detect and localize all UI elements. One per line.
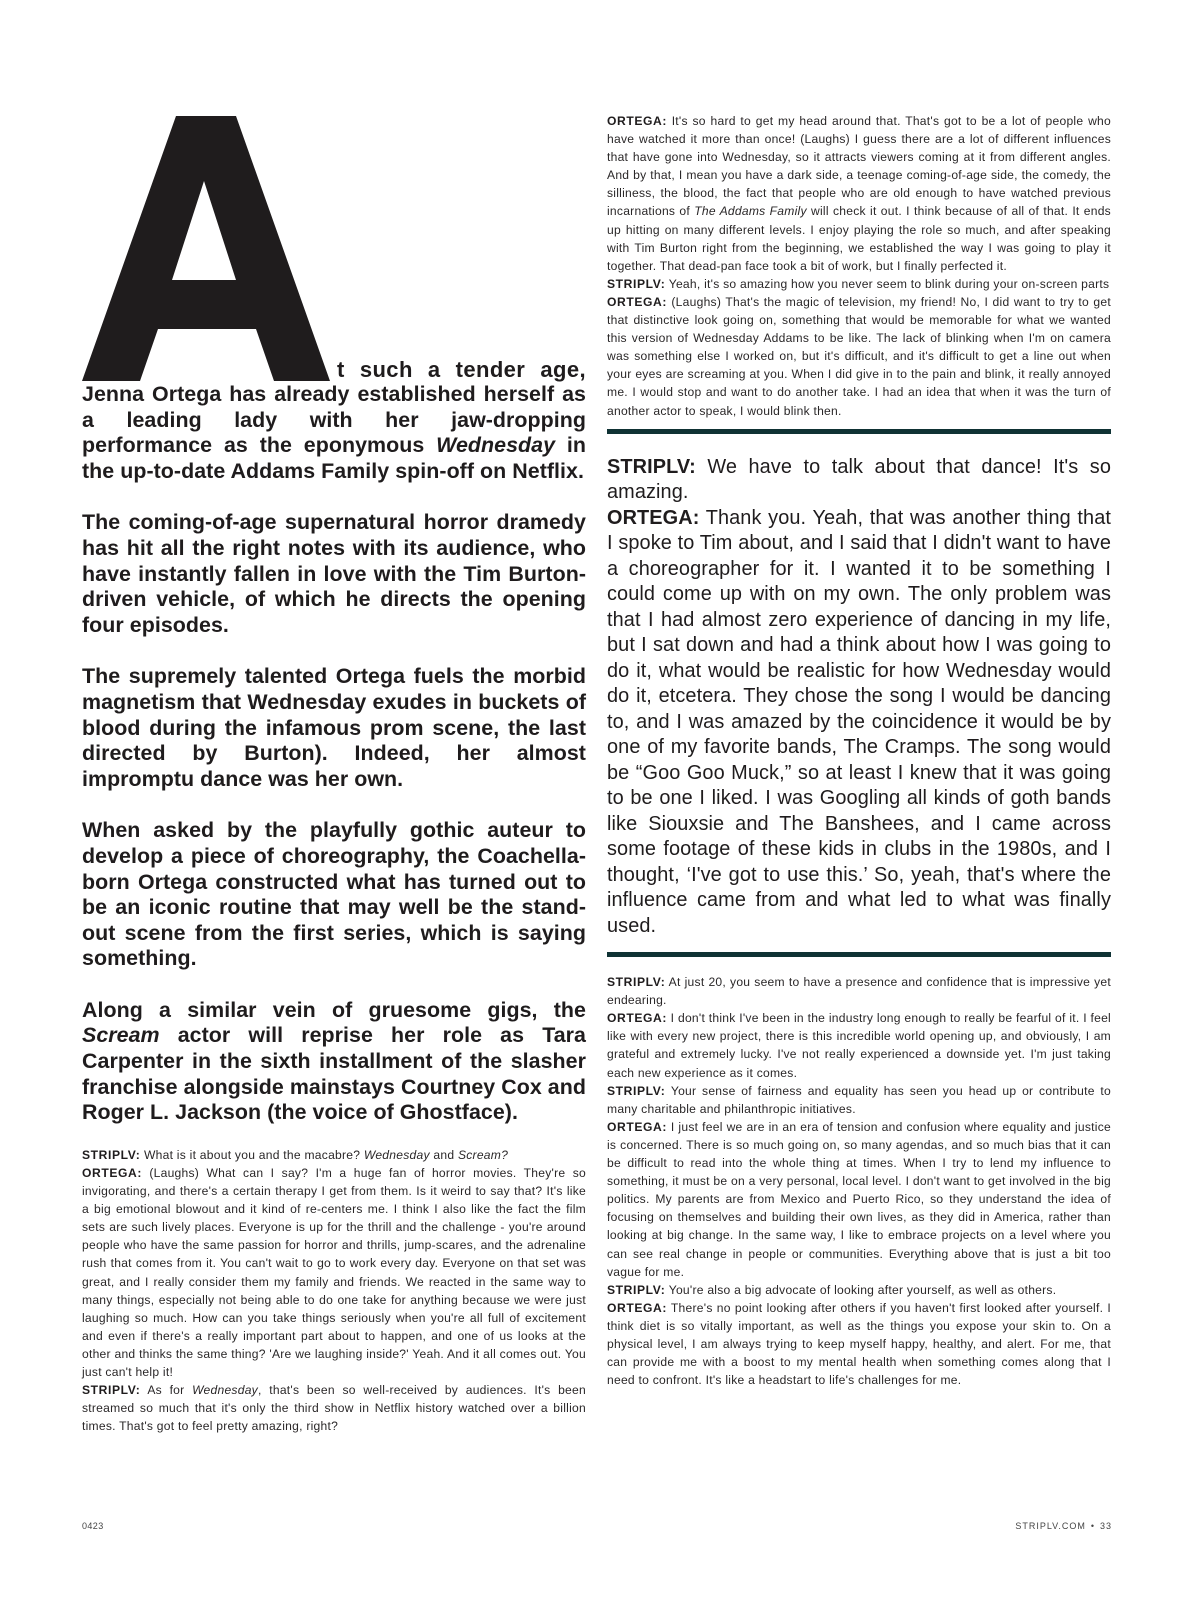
speaker-label: ORTEGA: xyxy=(607,114,667,128)
interview-left: STRIPLV: What is it about you and the ma… xyxy=(82,1146,586,1436)
answer: ORTEGA: There's no point looking after o… xyxy=(607,1299,1111,1389)
interview-right-top: ORTEGA: It's so hard to get my head arou… xyxy=(607,112,1111,420)
intro-paragraph: Along a similar vein of gruesome gigs, t… xyxy=(82,998,586,1126)
answer: ORTEGA: It's so hard to get my head arou… xyxy=(607,112,1111,275)
left-column: t such a tender age, Jenna Ortega has al… xyxy=(82,110,586,1435)
speaker-label: STRIPLV: xyxy=(82,1148,140,1162)
question: STRIPLV: You're also a big advocate of l… xyxy=(607,1281,1111,1299)
question: STRIPLV: As for Wednesday, that's been s… xyxy=(82,1381,586,1435)
intro-paragraph: The supremely talented Ortega fuels the … xyxy=(82,664,586,792)
intro-paragraph: When asked by the playfully gothic auteu… xyxy=(82,818,586,972)
speaker-label: ORTEGA: xyxy=(607,1011,667,1025)
speaker-label: ORTEGA: xyxy=(607,507,699,529)
speaker-label: ORTEGA: xyxy=(607,1301,667,1315)
speaker-label: ORTEGA: xyxy=(82,1166,142,1180)
speaker-label: ORTEGA: xyxy=(607,1120,667,1134)
speaker-label: STRIPLV: xyxy=(82,1383,140,1397)
interview-right-bottom: STRIPLV: At just 20, you seem to have a … xyxy=(607,973,1111,1389)
pull-quote-section: STRIPLV: We have to talk about that danc… xyxy=(607,455,1111,940)
question: STRIPLV: We have to talk about that danc… xyxy=(607,455,1111,506)
answer: ORTEGA: I don't think I've been in the i… xyxy=(607,1009,1111,1081)
intro-paragraph: The coming-of-age supernatural horror dr… xyxy=(82,510,586,638)
issue-code: 0423 xyxy=(82,1521,104,1531)
right-column: ORTEGA: It's so hard to get my head arou… xyxy=(607,112,1111,1389)
speaker-label: STRIPLV: xyxy=(607,277,665,291)
speaker-label: STRIPLV: xyxy=(607,456,696,478)
intro-paragraph: Jenna Ortega has already established her… xyxy=(82,382,586,484)
separator-dot: • xyxy=(1091,1521,1095,1531)
intro-first-line: t such a tender age, xyxy=(337,357,586,383)
drop-cap-letter-a xyxy=(78,116,330,381)
answer: ORTEGA: (Laughs) What can I say? I'm a h… xyxy=(82,1164,586,1381)
answer: ORTEGA: Thank you. Yeah, that was anothe… xyxy=(607,506,1111,940)
speaker-label: STRIPLV: xyxy=(607,1084,665,1098)
question: STRIPLV: At just 20, you seem to have a … xyxy=(607,973,1111,1009)
section-divider xyxy=(607,429,1111,434)
question: STRIPLV: Your sense of fairness and equa… xyxy=(607,1082,1111,1118)
intro-opening: t such a tender age, xyxy=(82,110,586,382)
section-divider xyxy=(607,952,1111,957)
answer: ORTEGA: (Laughs) That's the magic of tel… xyxy=(607,293,1111,420)
answer: ORTEGA: I just feel we are in an era of … xyxy=(607,1118,1111,1281)
question: STRIPLV: What is it about you and the ma… xyxy=(82,1146,586,1164)
site-name: STRIPLV.COM xyxy=(1015,1521,1086,1531)
question: STRIPLV: Yeah, it's so amazing how you n… xyxy=(607,275,1111,293)
page-number: 33 xyxy=(1100,1521,1112,1531)
intro-text: Jenna Ortega has already established her… xyxy=(82,382,586,1126)
page-footer: STRIPLV.COM•33 xyxy=(1015,1521,1112,1531)
speaker-label: STRIPLV: xyxy=(607,1283,665,1297)
speaker-label: ORTEGA: xyxy=(607,295,667,309)
speaker-label: STRIPLV: xyxy=(607,975,665,989)
